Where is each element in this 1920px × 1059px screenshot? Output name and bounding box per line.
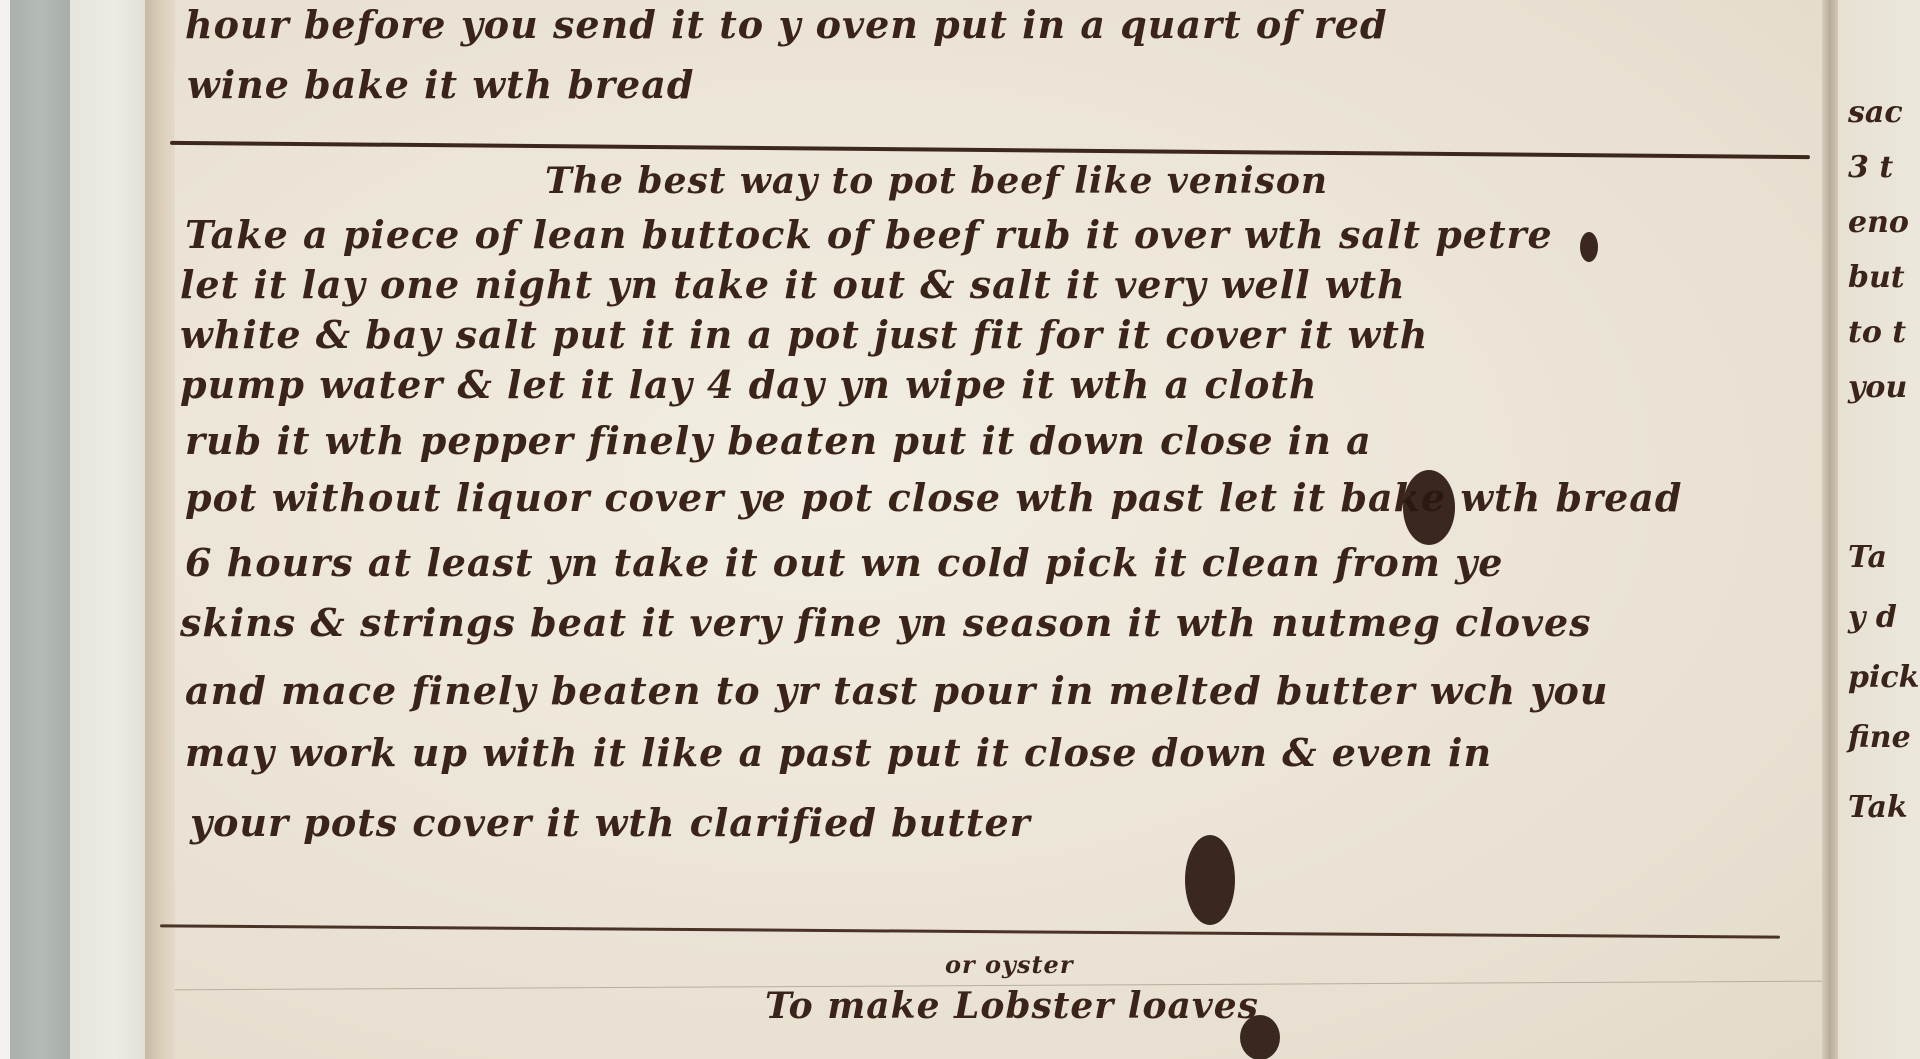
- facing-page-fragment: sac: [1848, 95, 1903, 130]
- manuscript-page: hour before you send it to y oven put in…: [175, 0, 1830, 1059]
- recipe-line: pump water & let it lay 4 day yn wipe it…: [180, 362, 1318, 407]
- book-gutter: [1822, 0, 1838, 1059]
- recipe-title: To make Lobster loaves: [765, 985, 1259, 1027]
- facing-page: sac 3 t eno but to t you Ta y d pick fin…: [1838, 0, 1920, 1059]
- ink-blot: [1580, 232, 1598, 262]
- recipe-title: The best way to pot beef like venison: [545, 160, 1328, 202]
- guard-paper: [70, 0, 146, 1059]
- ink-blot: [1185, 835, 1235, 925]
- facing-page-fragment: eno: [1848, 205, 1909, 240]
- gray-mounting-board: [10, 0, 70, 1059]
- facing-page-fragment: but: [1848, 260, 1905, 295]
- facing-page-fragment: 3 t: [1848, 150, 1893, 185]
- recipe-line: rub it wth pepper finely beaten put it d…: [185, 418, 1372, 463]
- mount-margin: [0, 0, 10, 1059]
- recipe-line: may work up with it like a past put it c…: [185, 730, 1492, 775]
- facing-page-fragment: pick: [1848, 660, 1919, 695]
- recipe-line: skins & strings beat it very fine yn sea…: [180, 600, 1592, 645]
- facing-page-fragment: Ta: [1848, 540, 1887, 575]
- recipe-title-interlinear: or oyster: [945, 950, 1073, 979]
- recipe-line: your pots cover it wth clarified butter: [190, 800, 1031, 845]
- recipe-line: Take a piece of lean buttock of beef rub…: [185, 212, 1553, 257]
- section-divider-rule: [170, 141, 1810, 159]
- recipe-line: and mace finely beaten to yr tast pour i…: [185, 668, 1608, 713]
- page-edge: [145, 0, 175, 1059]
- facing-page-fragment: y d: [1848, 600, 1897, 635]
- previous-recipe-line-1: hour before you send it to y oven put in…: [185, 2, 1388, 47]
- recipe-line: white & bay salt put it in a pot just fi…: [180, 312, 1428, 357]
- previous-recipe-line-2: wine bake it wth bread: [187, 62, 694, 107]
- facing-page-fragment: Tak: [1848, 790, 1908, 825]
- ink-blot: [1403, 470, 1455, 545]
- recipe-line: pot without liquor cover ye pot close wt…: [185, 475, 1682, 520]
- recipe-line: 6 hours at least yn take it out wn cold …: [185, 540, 1503, 585]
- facing-page-fragment: to t: [1848, 315, 1906, 350]
- recipe-line: let it lay one night yn take it out & sa…: [180, 262, 1406, 307]
- facing-page-fragment: you: [1848, 370, 1907, 405]
- section-divider-rule: [160, 924, 1780, 938]
- facing-page-fragment: fine: [1848, 720, 1911, 755]
